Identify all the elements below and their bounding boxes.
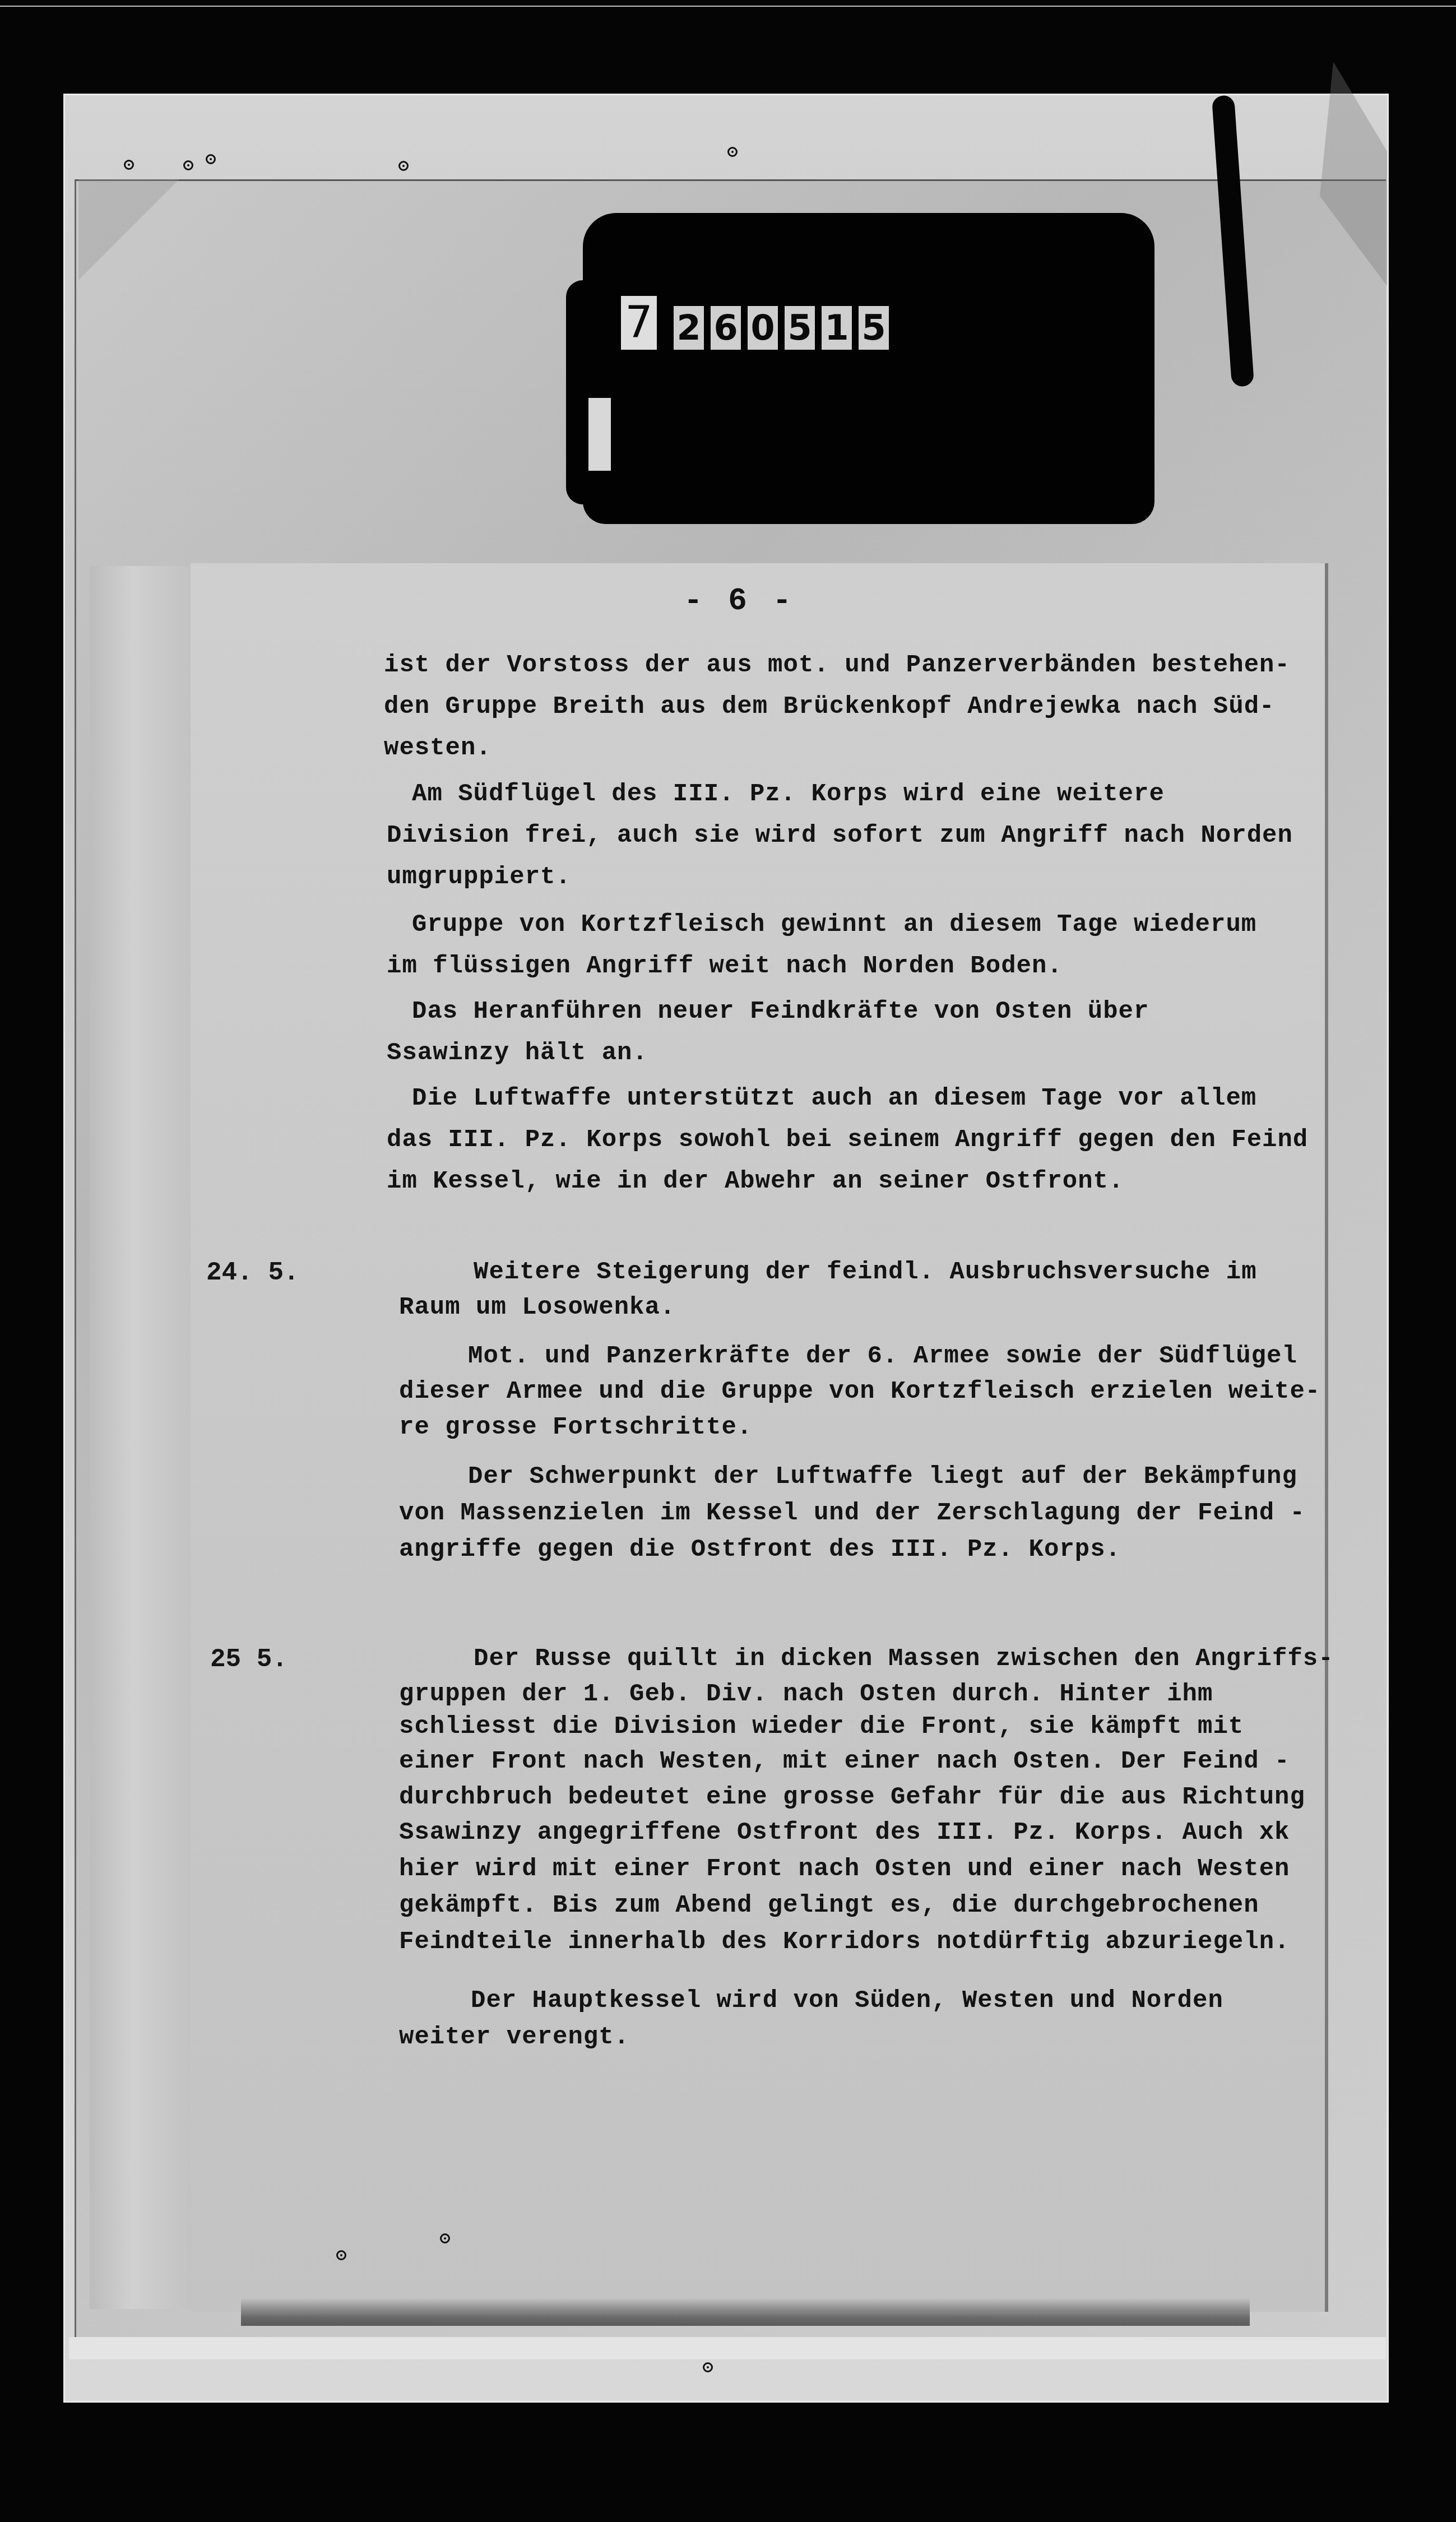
text-line: einer Front nach Westen, mit einer nach … [399,1747,1290,1775]
text-line: hier wird mit einer Front nach Osten und… [399,1855,1290,1883]
page-text: - 6 - ist der Vorstoss der aus mot. und … [0,0,1456,2522]
text-line: Gruppe von Kortzfleisch gewinnt an diese… [412,911,1256,939]
text-line: Feindteile innerhalb des Korridors notdü… [399,1928,1290,1956]
text-line: Der Russe quillt in dicken Massen zwisch… [474,1645,1334,1673]
text-line: Der Schwerpunkt der Luftwaffe liegt auf … [468,1463,1297,1491]
text-line: gruppen der 1. Geb. Div. nach Osten durc… [399,1680,1213,1708]
entry-date: 25 5. [210,1645,288,1674]
punch-hole-mark [336,2250,346,2260]
page-number: - 6 - [684,583,795,619]
text-line: Ssawinzy hält an. [387,1039,648,1067]
text-line: schliesst die Division wieder die Front,… [399,1713,1244,1741]
text-line: gekämpft. Bis zum Abend gelingt es, die … [399,1891,1259,1920]
text-line: im Kessel, wie in der Abwehr an seiner O… [387,1167,1124,1195]
text-line: re grosse Fortschritte. [399,1413,752,1441]
text-line: angriffe gegen die Ostfront des III. Pz.… [399,1536,1121,1564]
text-line: Raum um Losowenka. [399,1294,675,1322]
board-bottom-strip [69,2337,1386,2359]
entry-date: 24. 5. [206,1258,299,1287]
text-line: den Gruppe Breith aus dem Brückenkopf An… [384,693,1274,721]
text-line: Ssawinzy angegriffene Ostfront des III. … [399,1819,1290,1847]
text-line: Division frei, auch sie wird sofort zum … [387,822,1293,850]
text-line: von Massenzielen im Kessel und der Zersc… [399,1499,1305,1527]
text-line: Am Südflügel des III. Pz. Korps wird ein… [412,780,1165,808]
text-line: Der Hauptkessel wird von Süden, Westen u… [471,1987,1223,2015]
text-line: Das Heranführen neuer Feindkräfte von Os… [412,998,1149,1026]
bottom-edge-stain [241,2298,1250,2326]
text-line: Weitere Steigerung der feindl. Ausbruchs… [474,1258,1257,1286]
punch-hole-mark [440,2233,450,2243]
punch-hole-mark [703,2362,713,2372]
text-line: westen. [384,734,491,762]
text-line: durchbruch bedeutet eine grosse Gefahr f… [399,1783,1305,1811]
text-line: Die Luftwaffe unterstützt auch an diesem… [412,1084,1256,1112]
text-line: dieser Armee und die Gruppe von Kortzfle… [399,1378,1320,1406]
text-line: ist der Vorstoss der aus mot. und Panzer… [384,651,1290,679]
text-line: das III. Pz. Korps sowohl bei seinem Ang… [387,1126,1308,1154]
text-line: im flüssigen Angriff weit nach Norden Bo… [387,952,1063,980]
text-line: Mot. und Panzerkräfte der 6. Armee sowie… [468,1342,1297,1370]
text-line: weiter verengt. [399,2023,629,2051]
text-line: umgruppiert. [387,863,571,891]
